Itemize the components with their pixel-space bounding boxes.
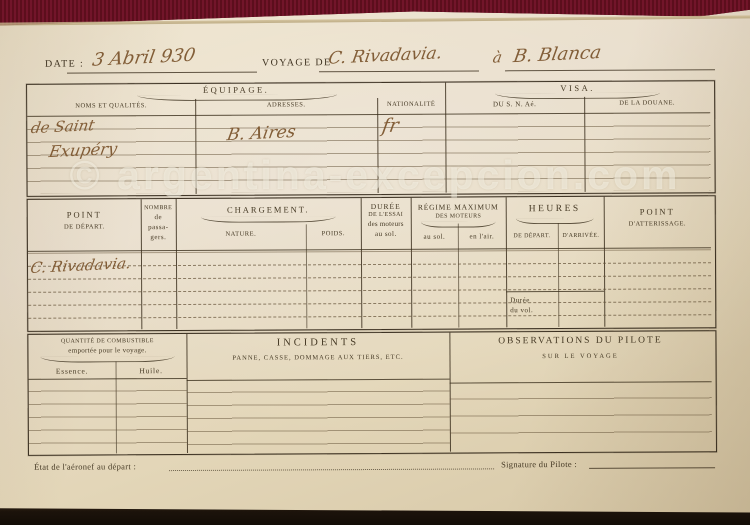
logbook-page: DATE : 3 Abril 930 VOYAGE DE C. Rivadavi… [0, 0, 750, 525]
ruled-line-dashed [28, 314, 711, 319]
nombre-line4: gers. [141, 234, 176, 241]
nombre-line2: de [141, 214, 176, 221]
crew-name-line2-handwritten: Exupéry [48, 139, 119, 161]
col-header-adresses: ADRESSES. [195, 102, 377, 109]
incidents-subtitle: PANNE, CASSE, DOMMAGE AUX TIERS, ETC. [186, 355, 449, 363]
heures-swash [516, 218, 594, 224]
regime-line1: RÉGIME MAXIMUM [411, 203, 506, 211]
duree-line3: des moteurs [361, 221, 411, 228]
crew-name-line1-handwritten: de Saint [30, 116, 96, 137]
heures-title: HEURES [506, 205, 604, 215]
atterissage-line2: D'ATTERISSAGE. [604, 221, 711, 228]
observations-subtitle: SUR LE VOYAGE [449, 353, 711, 361]
sub-column-divider [306, 224, 308, 328]
etat-aeronef-label: État de l'aéronef au départ : [34, 462, 136, 471]
incidents-title: INCIDENTS [186, 338, 449, 350]
combustible-line1: QUANTITÉ DE COMBUSTIBLE [28, 338, 186, 345]
voyage-label: VOYAGE DE [262, 57, 332, 68]
chargement-title: CHARGEMENT. [176, 205, 361, 214]
col-header-noms: NOMS ET QUALITÉS. [27, 103, 195, 110]
point-depart-line2: DE DÉPART. [28, 224, 141, 231]
etat-blank-line [169, 468, 494, 471]
date-underline [67, 72, 257, 74]
atterissage-line1: POINT [604, 207, 711, 216]
date-label: DATE : [45, 59, 84, 70]
photo-backdrop: DATE : 3 Abril 930 VOYAGE DE C. Rivadavi… [0, 0, 750, 525]
ruled-line-dashed [28, 288, 711, 293]
voyage-preposition-handwritten: à [491, 48, 503, 66]
destination-underline [505, 69, 715, 71]
combustible-line2: emportée pour le voyage. [28, 347, 186, 355]
equipage-title: ÉQUIPAGE. [27, 85, 445, 96]
regime-line2: DES MOTEURS [411, 213, 506, 219]
col-header-essence: Essence. [29, 367, 116, 375]
point-depart-handwritten: C. Rivadavia. [29, 254, 132, 277]
visa-title: VISA. [445, 83, 710, 93]
flight-table: POINT DE DÉPART. NOMBRE de passa- gers. … [27, 195, 717, 332]
voyage-destination-handwritten: B. Blanca [512, 42, 603, 67]
equipage-swash [137, 94, 337, 101]
ruled-rows [27, 113, 710, 194]
ruled-rows [187, 379, 450, 452]
col-header-douane: DE LA DOUANE. [584, 100, 710, 107]
crew-visa-table: ÉQUIPAGE. VISA. NOMS ET QUALITÉS. ADRESS… [26, 80, 716, 197]
col-header-sna: DU S. N. Aé. [445, 101, 584, 109]
origin-underline [319, 70, 479, 72]
col-header-nationalite: NATIONALITÉ [377, 102, 445, 109]
incidents-table: QUANTITÉ DE COMBUSTIBLE emportée pour le… [27, 330, 717, 456]
duree-vol-line1: Durée [510, 297, 550, 304]
crew-address-handwritten: B. Aires [225, 122, 297, 145]
col-header-nature: NATURE. [176, 231, 306, 238]
col-header-heure-depart: DE DÉPART. [506, 233, 558, 239]
voyage-origin-handwritten: C. Rivadavia. [327, 43, 444, 69]
col-header-regime-air: en l'air. [458, 233, 506, 240]
point-depart-line1: POINT [28, 210, 141, 219]
column-divider [506, 197, 508, 327]
ruled-line-dashed [28, 275, 711, 280]
observations-title: OBSERVATIONS DU PILOTE [449, 336, 711, 347]
col-header-regime-sol: au sol. [411, 234, 458, 241]
col-header-poids: POIDS. [306, 231, 361, 238]
col-header-heure-arrivee: D'ARRIVÉE. [558, 233, 604, 239]
combustible-swash [40, 356, 174, 363]
chargement-swash [201, 216, 336, 223]
ruled-rows [29, 378, 187, 453]
nombre-line1: NOMBRE [141, 205, 176, 211]
signature-blank-line [589, 467, 715, 469]
duree-vol-line2: du vol. [510, 307, 550, 314]
duree-vol-separator [506, 291, 604, 293]
duree-line4: au sol. [361, 231, 411, 238]
duree-line2: DE L'ESSAI [361, 212, 411, 218]
nombre-line3: passa- [141, 224, 176, 231]
signature-pilote-label: Signature du Pilote : [501, 460, 577, 469]
ruled-rows [450, 381, 712, 448]
duree-line1: DURÉE [361, 203, 411, 211]
date-value-handwritten: 3 Abril 930 [91, 45, 197, 71]
ruled-line-dashed [28, 301, 711, 306]
visa-swash [495, 93, 660, 100]
col-header-huile: Huile. [116, 367, 187, 375]
